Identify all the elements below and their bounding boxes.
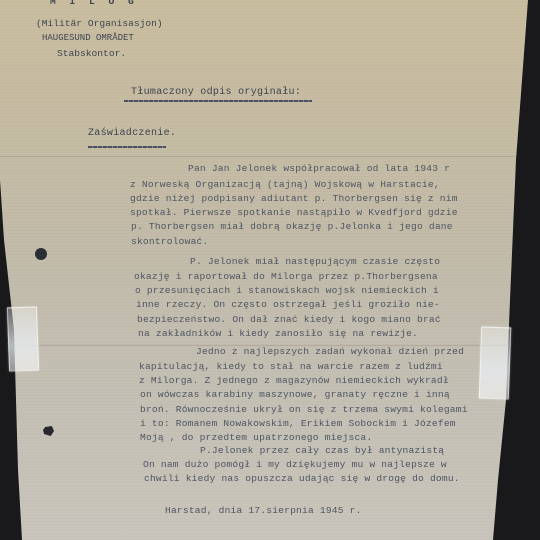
paragraph-1-line: gdzie niżej podpisany adiutant p. Thorbe… (130, 192, 458, 205)
photo-stage: M I L O G (Militär Organisasjon) HAUGESU… (0, 0, 540, 540)
paragraph-1-line: z Norweską Organizacją (tajną) Wojskową … (130, 178, 440, 191)
paragraph-3-line: z Milorga. Z jednego z magazynów niemiec… (139, 374, 449, 387)
paragraph-3-line: Moją , do przedtem upatrzonego miejsca. (140, 431, 372, 444)
paragraph-3-line: Jedno z najlepszych zadań wykonał dzień … (196, 345, 464, 358)
paragraph-1-line: Pan Jan Jelonek współpracował od lata 19… (188, 162, 450, 175)
heading-underline (88, 146, 166, 148)
place-date-line: Harstad, dnia 17.sierpnia 1945 r. (165, 504, 362, 517)
paragraph-2-line: na zakładników i kiedy zanosiło się na r… (138, 327, 418, 340)
punch-hole (35, 248, 47, 260)
org-subtitle: (Militär Organisasjon) (36, 18, 163, 29)
paragraph-3-line: kapitulacją, kiedy to stał na warcie raz… (139, 360, 443, 373)
paragraph-2-line: inne rzeczy. On często ostrzegał jeśli g… (136, 298, 440, 311)
paragraph-3-line: i to: Romanem Nowakowskim, Erikiem Soboc… (140, 417, 456, 430)
paragraph-1-line: skontrolować. (131, 235, 208, 248)
paragraph-4-line: On nam dużo pomógł i my dziękujemy mu w … (143, 458, 447, 471)
translation-note: Tłumaczony odpis oryginału: (131, 87, 301, 98)
paragraph-2-line: P. Jelonek miał następującym czasie częs… (190, 255, 440, 268)
paragraph-3-line: broń. Równocześnie ukrył on się z trzema… (140, 403, 468, 416)
tape-strip-right (479, 326, 511, 399)
paragraph-4-line: P.Jelonek przez cały czas był antynazist… (200, 444, 444, 457)
paper-fold-line (0, 156, 540, 157)
paragraph-2-line: okazję i raportował do Milorga przez p.T… (134, 270, 438, 283)
paragraph-2-line: bezpieczeństwo. On dał znać kiedy i kogo… (137, 313, 441, 326)
paragraph-3-line: on wówczas karabiny maszynowe, granaty r… (140, 388, 450, 401)
tape-strip-left (7, 306, 39, 371)
office-name: Stabskontor. (57, 48, 126, 59)
paragraph-1-line: spotkał. Pierwsze spotkanie nastąpiło w … (130, 206, 458, 219)
region-name: HAUGESUND OMRÅDET (42, 33, 134, 43)
paragraph-4-line: chwili kiedy nas opuszcza udając się w d… (144, 472, 460, 485)
document-heading: Zaświadczenie. (88, 128, 176, 139)
paragraph-2-line: o przesunięciach i stanowiskach wojsk ni… (135, 284, 439, 297)
translation-note-underline (124, 100, 312, 102)
org-name: M I L O G (50, 0, 138, 7)
paragraph-1-line: p. Thorbergsen miał dobrą okazję p.Jelon… (131, 220, 453, 233)
